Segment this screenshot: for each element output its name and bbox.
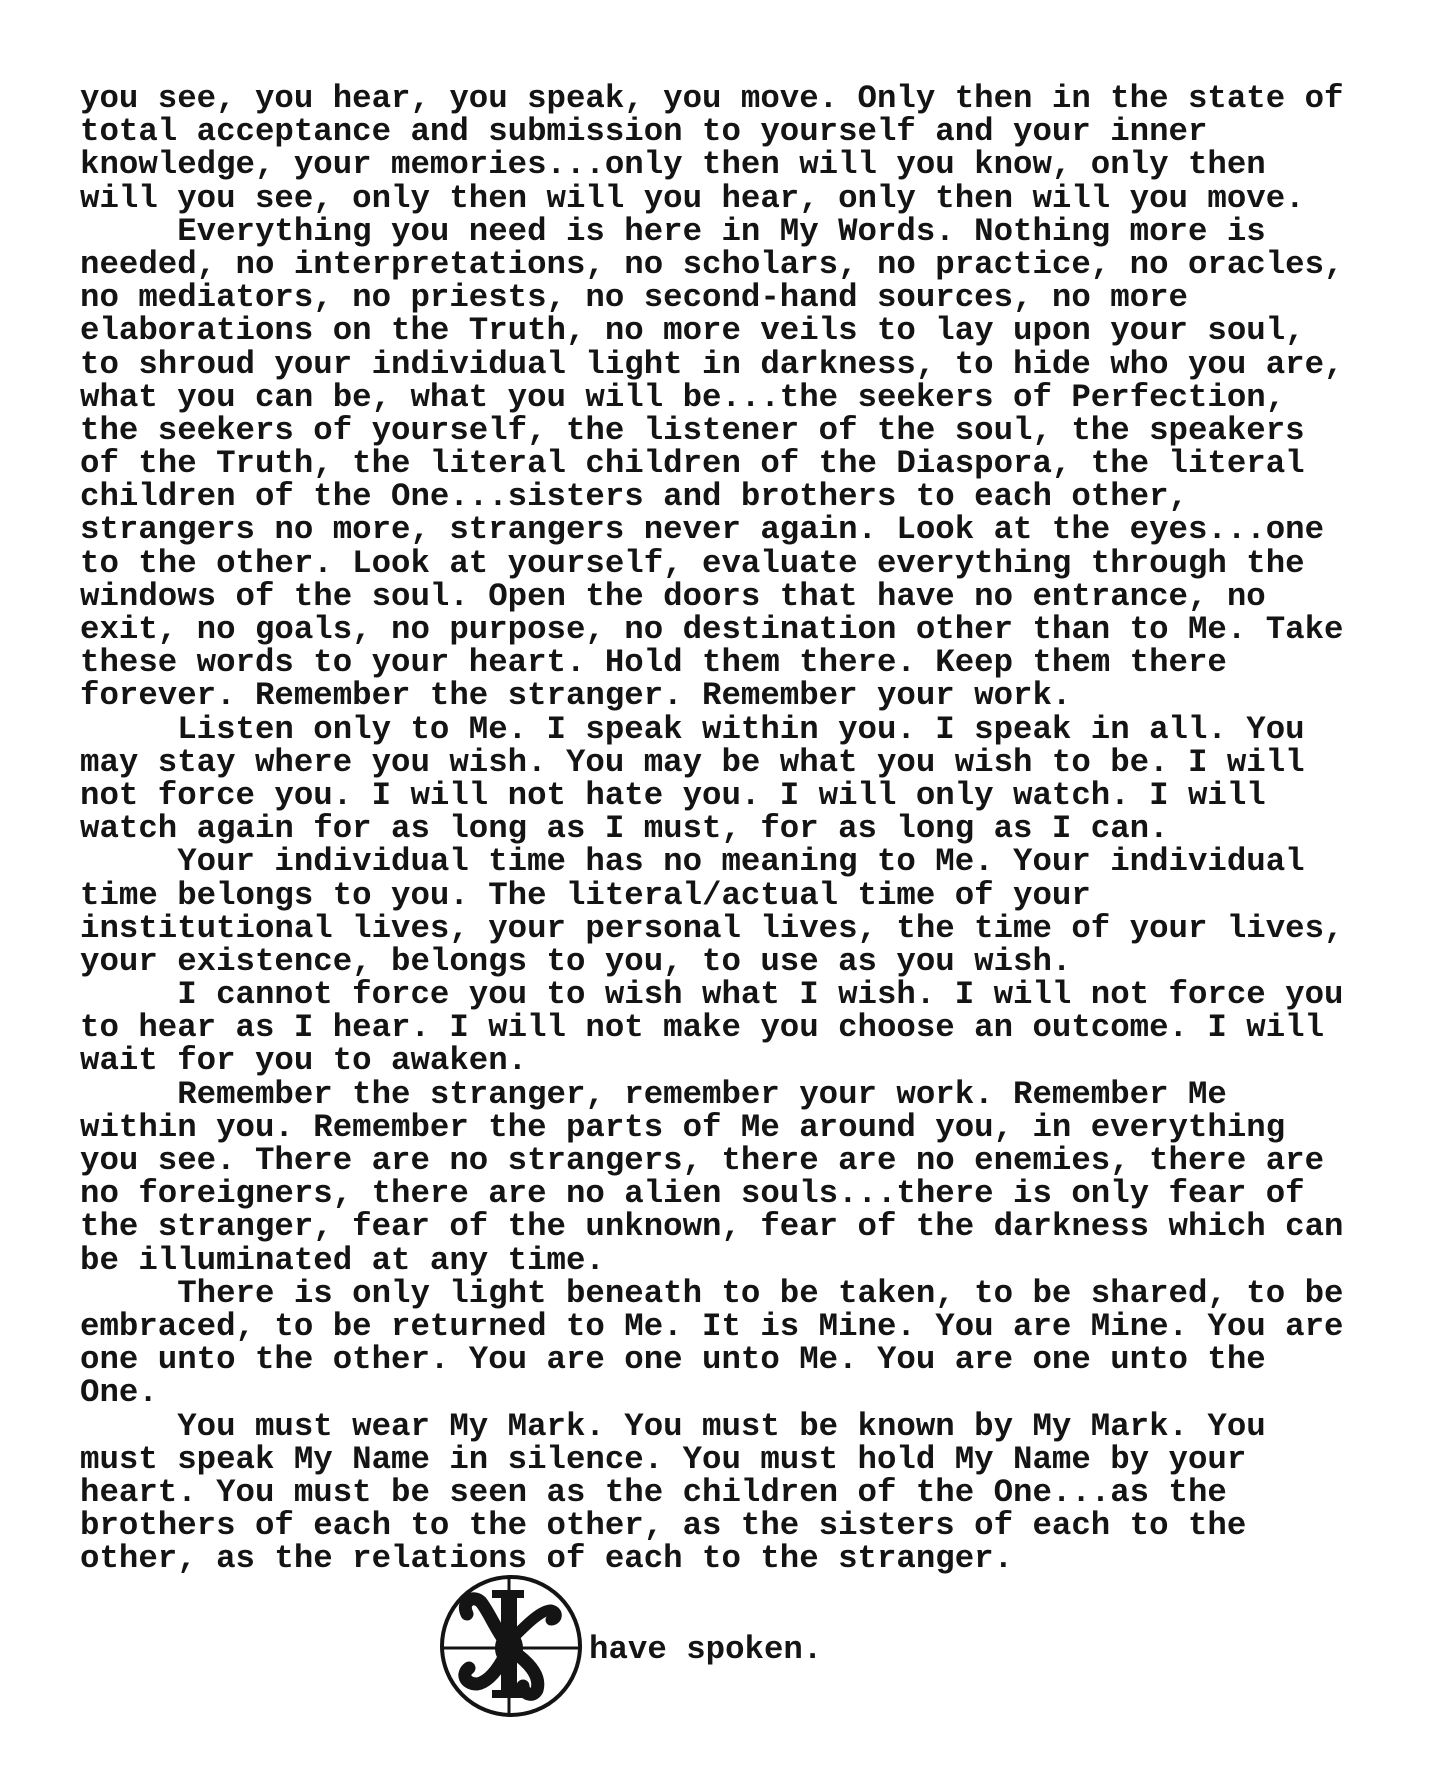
text-line: exit, no goals, no purpose, no destinati… xyxy=(80,613,1343,646)
text-line: the seekers of yourself, the listener of… xyxy=(80,414,1343,447)
text-line: children of the One...sisters and brothe… xyxy=(80,480,1343,513)
text-line: will you see, only then will you hear, o… xyxy=(80,182,1343,215)
text-line: wait for you to awaken. xyxy=(80,1044,1343,1077)
text-line: strangers no more, strangers never again… xyxy=(80,513,1343,546)
text-line: Everything you need is here in My Words.… xyxy=(80,215,1343,248)
signature-text: have spoken. xyxy=(589,1631,822,1668)
text-line: heart. You must be seen as the children … xyxy=(80,1476,1343,1509)
text-line: I cannot force you to wish what I wish. … xyxy=(80,978,1343,1011)
signature-block: have spoken. xyxy=(437,1572,822,1720)
text-line: other, as the relations of each to the s… xyxy=(80,1542,1343,1575)
text-line: be illuminated at any time. xyxy=(80,1244,1343,1277)
text-line: Remember the stranger, remember your wor… xyxy=(80,1078,1343,1111)
text-line: what you can be, what you will be...the … xyxy=(80,381,1343,414)
text-line: embraced, to be returned to Me. It is Mi… xyxy=(80,1310,1343,1343)
text-line: knowledge, your memories...only then wil… xyxy=(80,148,1343,181)
text-line: you see, you hear, you speak, you move. … xyxy=(80,82,1343,115)
text-line: institutional lives, your personal lives… xyxy=(80,912,1343,945)
text-line: Listen only to Me. I speak within you. I… xyxy=(80,713,1343,746)
text-line: no foreigners, there are no alien souls.… xyxy=(80,1177,1343,1210)
text-line: your existence, belongs to you, to use a… xyxy=(80,945,1343,978)
text-line: elaborations on the Truth, no more veils… xyxy=(80,314,1343,347)
text-line: watch again for as long as I must, for a… xyxy=(80,812,1343,845)
text-line: brothers of each to the other, as the si… xyxy=(80,1509,1343,1542)
text-line: One. xyxy=(80,1376,1343,1409)
document-body: you see, you hear, you speak, you move. … xyxy=(80,82,1343,1575)
text-line: you see. There are no strangers, there a… xyxy=(80,1144,1343,1177)
text-line: of the Truth, the literal children of th… xyxy=(80,447,1343,480)
text-line: There is only light beneath to be taken,… xyxy=(80,1277,1343,1310)
text-line: needed, no interpretations, no scholars,… xyxy=(80,248,1343,281)
text-line: to the other. Look at yourself, evaluate… xyxy=(80,547,1343,580)
text-line: not force you. I will not hate you. I wi… xyxy=(80,779,1343,812)
text-line: to hear as I hear. I will not make you c… xyxy=(80,1011,1343,1044)
text-line: may stay where you wish. You may be what… xyxy=(80,746,1343,779)
text-line: forever. Remember the stranger. Remember… xyxy=(80,679,1343,712)
text-line: total acceptance and submission to yours… xyxy=(80,115,1343,148)
text-line: the stranger, fear of the unknown, fear … xyxy=(80,1210,1343,1243)
text-line: within you. Remember the parts of Me aro… xyxy=(80,1111,1343,1144)
text-line: these words to your heart. Hold them the… xyxy=(80,646,1343,679)
text-line: to shroud your individual light in darkn… xyxy=(80,348,1343,381)
text-line: time belongs to you. The literal/actual … xyxy=(80,879,1343,912)
text-line: You must wear My Mark. You must be known… xyxy=(80,1410,1343,1443)
text-line: no mediators, no priests, no second-hand… xyxy=(80,281,1343,314)
text-line: must speak My Name in silence. You must … xyxy=(80,1443,1343,1476)
text-line: one unto the other. You are one unto Me.… xyxy=(80,1343,1343,1376)
circled-monogram-mark-icon xyxy=(437,1572,585,1720)
text-line: Your individual time has no meaning to M… xyxy=(80,845,1343,878)
text-line: windows of the soul. Open the doors that… xyxy=(80,580,1343,613)
